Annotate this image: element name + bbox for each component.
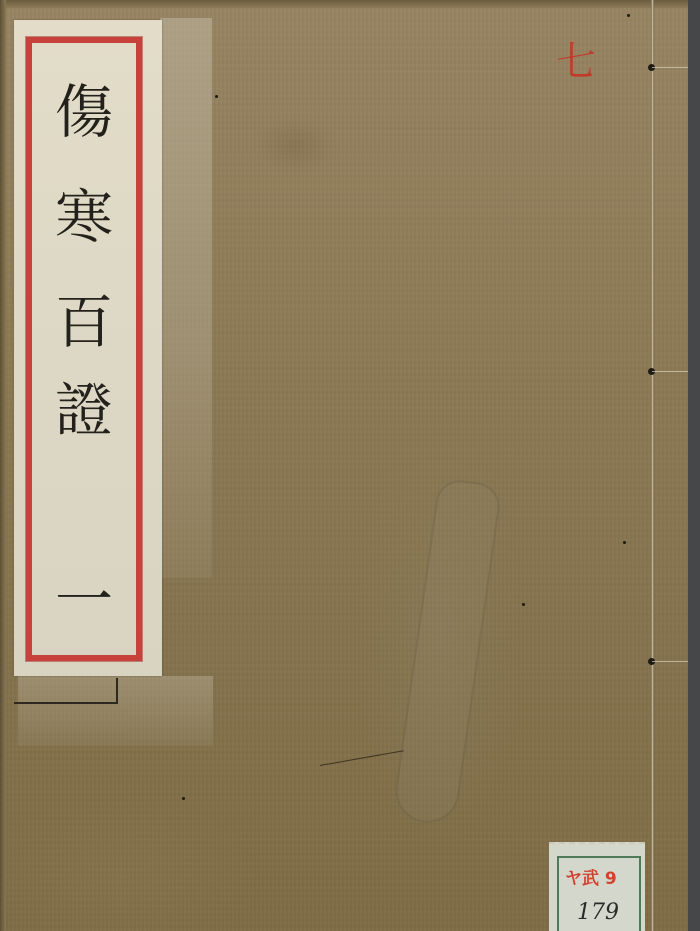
wormhole bbox=[623, 541, 626, 544]
title-char: 證 bbox=[32, 381, 136, 439]
faded-label-backing bbox=[160, 18, 212, 578]
wormhole bbox=[627, 14, 630, 17]
cover-top-edge bbox=[0, 0, 688, 8]
stitch-thread bbox=[652, 371, 688, 372]
cover-left-edge bbox=[0, 0, 6, 931]
corner-number-mark: 七 bbox=[556, 30, 596, 87]
title-char: 傷 bbox=[32, 83, 136, 141]
background-shadow bbox=[688, 0, 700, 931]
title-slip: 傷 寒 百 證 一 bbox=[14, 20, 162, 676]
title-char: 寒 bbox=[32, 188, 136, 246]
library-number: 179 bbox=[577, 900, 619, 925]
stitch-thread bbox=[652, 67, 688, 68]
title-slip-frame: 傷 寒 百 證 一 bbox=[26, 37, 142, 661]
binding-thread bbox=[651, 0, 654, 931]
volume-number: 一 bbox=[32, 571, 136, 629]
stitch-thread bbox=[652, 661, 688, 662]
wormhole bbox=[182, 797, 185, 800]
library-code: ヤ武 9 bbox=[565, 864, 617, 889]
old-label-outline bbox=[14, 678, 118, 704]
wormhole bbox=[215, 95, 218, 98]
library-label-frame: ヤ武 9 179 bbox=[557, 856, 641, 931]
title-text: 傷 寒 百 證 一 bbox=[32, 43, 136, 655]
library-call-number-label: ヤ武 9 179 bbox=[549, 842, 645, 931]
wormhole bbox=[522, 603, 525, 606]
title-char: 百 bbox=[32, 293, 136, 351]
